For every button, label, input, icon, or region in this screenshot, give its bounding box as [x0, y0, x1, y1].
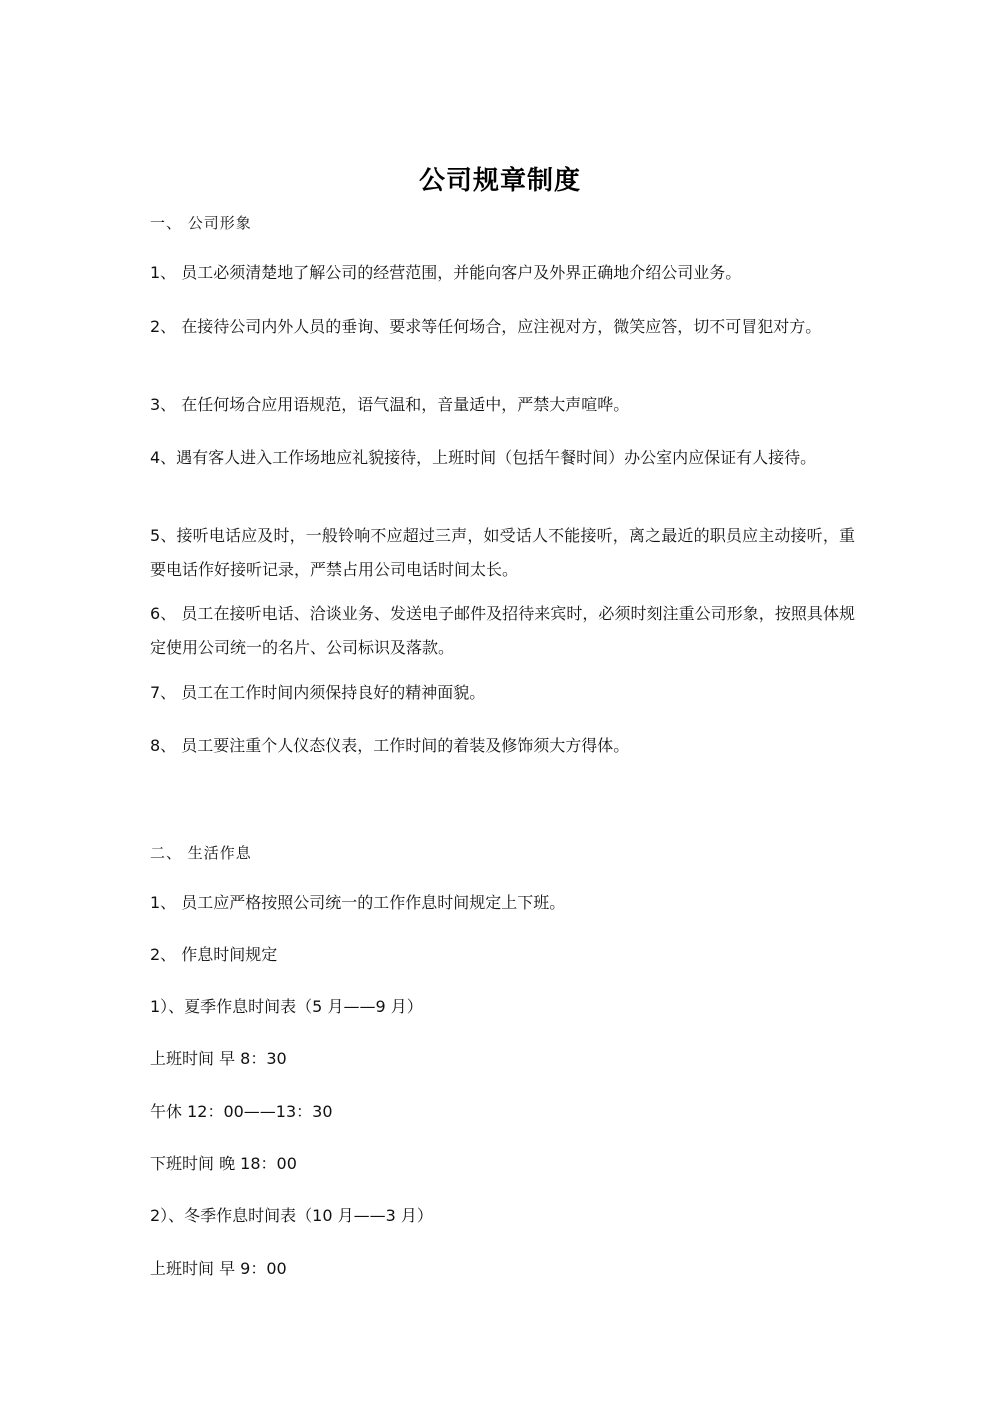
schedule-entry: 午休 12：00——13：30	[150, 1095, 855, 1129]
rule-item: 1、 员工应严格按照公司统一的工作作息时间规定上下班。	[150, 886, 855, 920]
rule-item: 1、 员工必须清楚地了解公司的经营范围，并能向客户及外界正确地介绍公司业务。	[150, 256, 855, 290]
rule-item: 8、 员工要注重个人仪态仪表，工作时间的着装及修饰须大方得体。	[150, 729, 855, 763]
section-heading-company-image: 一、 公司形象	[150, 206, 855, 240]
rule-item: 2、 在接待公司内外人员的垂询、要求等任何场合，应注视对方，微笑应答，切不可冒犯…	[150, 310, 855, 344]
section-heading-work-schedule: 二、 生活作息	[150, 836, 855, 870]
schedule-heading-summer: 1）、夏季作息时间表（5 月——9 月）	[150, 990, 855, 1024]
schedule-entry: 上班时间 早 9：00	[150, 1252, 855, 1286]
schedule-entry: 上班时间 早 8：30	[150, 1042, 855, 1076]
document-title: 公司规章制度	[0, 160, 1000, 197]
schedule-heading-winter: 2）、冬季作息时间表（10 月——3 月）	[150, 1199, 855, 1233]
rule-item: 5、接听电话应及时，一般铃响不应超过三声，如受话人不能接听，离之最近的职员应主动…	[150, 519, 855, 587]
document-page: 公司规章制度 一、 公司形象 1、 员工必须清楚地了解公司的经营范围，并能向客户…	[0, 0, 1000, 1415]
rule-item: 4、遇有客人进入工作场地应礼貌接待，上班时间（包括午餐时间）办公室内应保证有人接…	[150, 441, 855, 475]
rule-item: 2、 作息时间规定	[150, 938, 855, 972]
schedule-entry: 下班时间 晚 18：00	[150, 1147, 855, 1181]
rule-item: 6、 员工在接听电话、洽谈业务、发送电子邮件及招待来宾时，必须时刻注重公司形象，…	[150, 597, 855, 665]
rule-item: 3、 在任何场合应用语规范，语气温和，音量适中，严禁大声喧哗。	[150, 388, 855, 422]
rule-item: 7、 员工在工作时间内须保持良好的精神面貌。	[150, 676, 855, 710]
